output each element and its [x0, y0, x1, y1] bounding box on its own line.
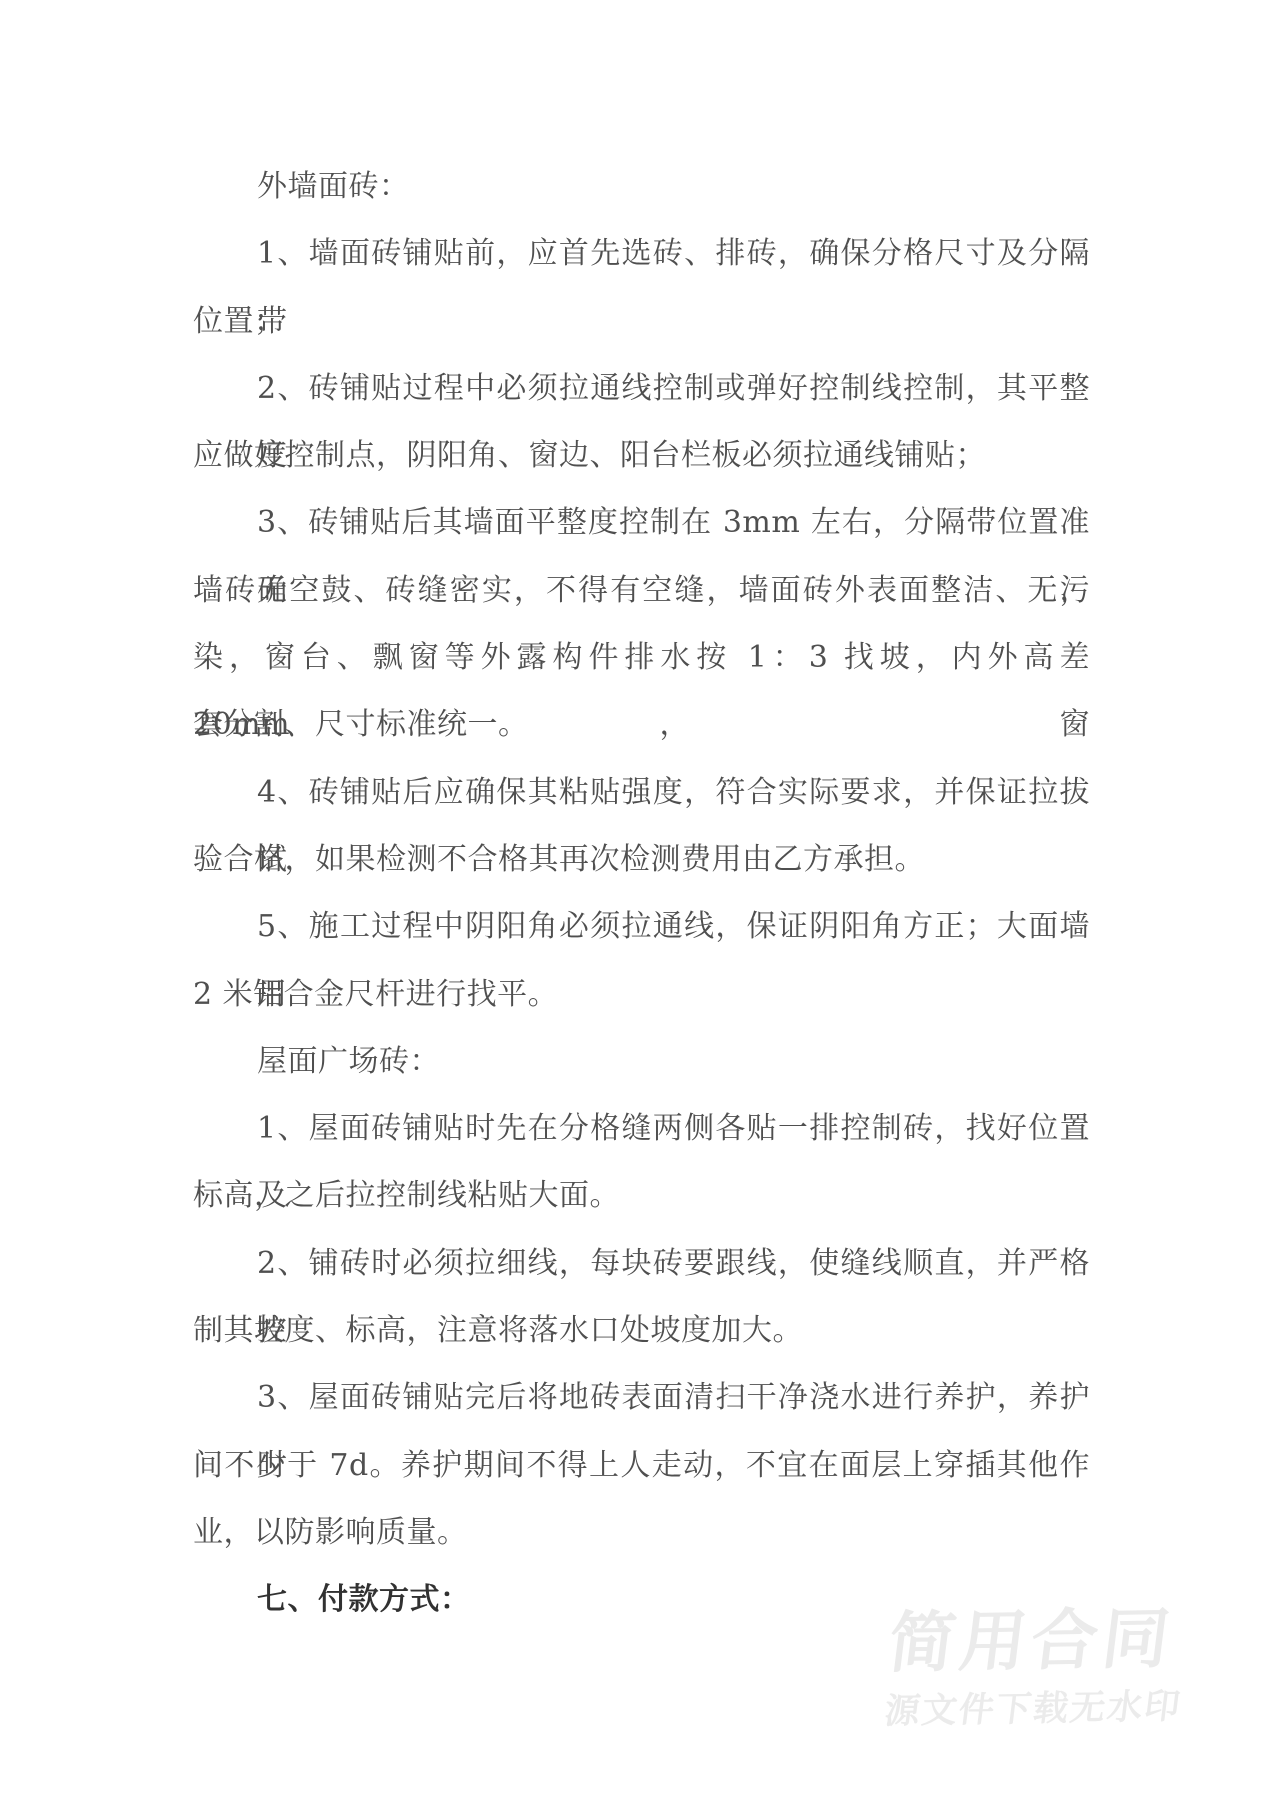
text-line: 染，窗台、飘窗等外露构件排水按 1：3 找坡，内外高差 20mm，窗 [193, 624, 1090, 691]
text-line: 1、屋面砖铺贴时先在分格缝两侧各贴一排控制砖，找好位置及 [193, 1095, 1090, 1162]
text-line: 制其坡度、标高，注意将落水口处坡度加大。 [193, 1297, 1090, 1364]
text-line: 1、墙面砖铺贴前，应首先选砖、排砖，确保分格尺寸及分隔带 [193, 220, 1090, 287]
text-line: 2、铺砖时必须拉细线，每块砖要跟线，使缝线顺直，并严格控 [193, 1230, 1090, 1297]
watermark-subtitle: 源文件下载无水印 [882, 1679, 1185, 1734]
document-page: 外墙面砖：1、墙面砖铺贴前，应首先选砖、排砖，确保分格尺寸及分隔带位置；2、砖铺… [0, 0, 1280, 1810]
text-line: 位置； [193, 288, 1090, 355]
text-line: 5、施工过程中阴阳角必须拉通线，保证阴阳角方正；大面墙用 [193, 893, 1090, 960]
document-body: 外墙面砖：1、墙面砖铺贴前，应首先选砖、排砖，确保分格尺寸及分隔带位置；2、砖铺… [193, 153, 1090, 1634]
text-line: 间不少于 7d。养护期间不得上人走动，不宜在面层上穿插其他作 [193, 1432, 1090, 1499]
text-line: 外墙面砖： [193, 153, 1090, 220]
text-line: 验合格，如果检测不合格其再次检测费用由乙方承担。 [193, 826, 1090, 893]
text-line: 2 米铝合金尺杆进行找平。 [193, 961, 1090, 1028]
text-line: 2、砖铺贴过程中必须拉通线控制或弹好控制线控制，其平整度 [193, 355, 1090, 422]
text-line: 3、屋面砖铺贴完后将地砖表面清扫干净浇水进行养护，养护时 [193, 1364, 1090, 1431]
text-line: 标高，之后拉控制线粘贴大面。 [193, 1162, 1090, 1229]
text-line: 屋面广场砖： [193, 1028, 1090, 1095]
text-line: 墙砖无空鼓、砖缝密实，不得有空缝，墙面砖外表面整洁、无污 [193, 557, 1090, 624]
text-line: 业，以防影响质量。 [193, 1499, 1090, 1566]
text-line: 3、砖铺贴后其墙面平整度控制在 3mm 左右，分隔带位置准确， [193, 489, 1090, 556]
text-line: 4、砖铺贴后应确保其粘贴强度，符合实际要求，并保证拉拔试 [193, 759, 1090, 826]
watermark-title: 简用合同 [884, 1585, 1180, 1685]
text-line: 应做好控制点，阴阳角、窗边、阳台栏板必须拉通线铺贴； [193, 422, 1090, 489]
